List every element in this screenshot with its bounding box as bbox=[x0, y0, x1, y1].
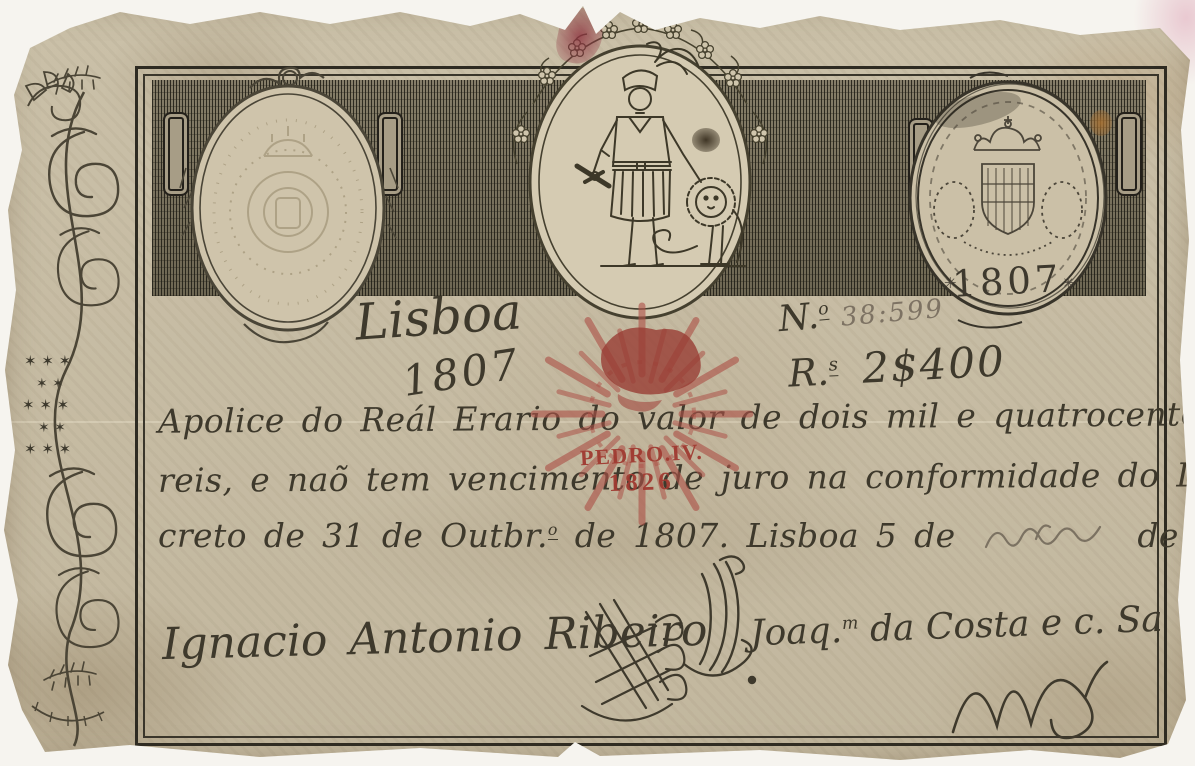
pedro-iv-revalidation-stamp-icon: PEDRO.IV. 1826 bbox=[492, 302, 792, 537]
svg-text:✶ ✶: ✶ ✶ bbox=[36, 376, 64, 392]
handwritten-month-scrawl-icon bbox=[982, 517, 1110, 555]
amount-value: 2$400 bbox=[861, 336, 1007, 392]
minerva-lion-vignette-icon bbox=[505, 14, 775, 329]
svg-text:✶ ✶ ✶: ✶ ✶ ✶ bbox=[22, 396, 69, 414]
svg-text:✶ ✶ ✶: ✶ ✶ ✶ bbox=[24, 440, 71, 458]
serial-number-value: 38:599 bbox=[840, 294, 946, 333]
ink-blot bbox=[692, 128, 720, 152]
body-line-3-start: creto de 31 de Outbr. bbox=[158, 516, 548, 555]
seal-year: 1807 bbox=[951, 257, 1063, 306]
svg-text:✶ ✶ ✶: ✶ ✶ ✶ bbox=[24, 352, 71, 370]
stamp-name: PEDRO.IV. bbox=[579, 439, 703, 470]
counterfoil-scrollwork-icon: ✶ ✶ ✶ ✶ ✶ ✶ ✶ ✶ ✶ ✶ ✶ ✶ ✶ bbox=[14, 66, 136, 750]
svg-text:✳: ✳ bbox=[1062, 274, 1075, 292]
serial-number-label-sup: o bbox=[817, 299, 829, 321]
banknote-paper: ✶ ✶ ✶ ✶ ✶ ✶ ✶ ✶ ✶ ✶ ✶ ✶ ✶ bbox=[0, 0, 1195, 766]
signature-right-sup: m bbox=[842, 613, 859, 634]
stamp-year: 1826 bbox=[608, 468, 675, 497]
currency-label-sup: s bbox=[828, 354, 838, 376]
rust-stain bbox=[1090, 110, 1112, 136]
signature-right-prefix: Joaq. bbox=[749, 610, 842, 654]
currency-label: R. bbox=[787, 350, 830, 396]
signature-right-paraph-icon bbox=[935, 640, 1110, 750]
svg-text:✶ ✶: ✶ ✶ bbox=[38, 420, 66, 436]
body-line-3-end: de 180 bbox=[1137, 516, 1195, 555]
